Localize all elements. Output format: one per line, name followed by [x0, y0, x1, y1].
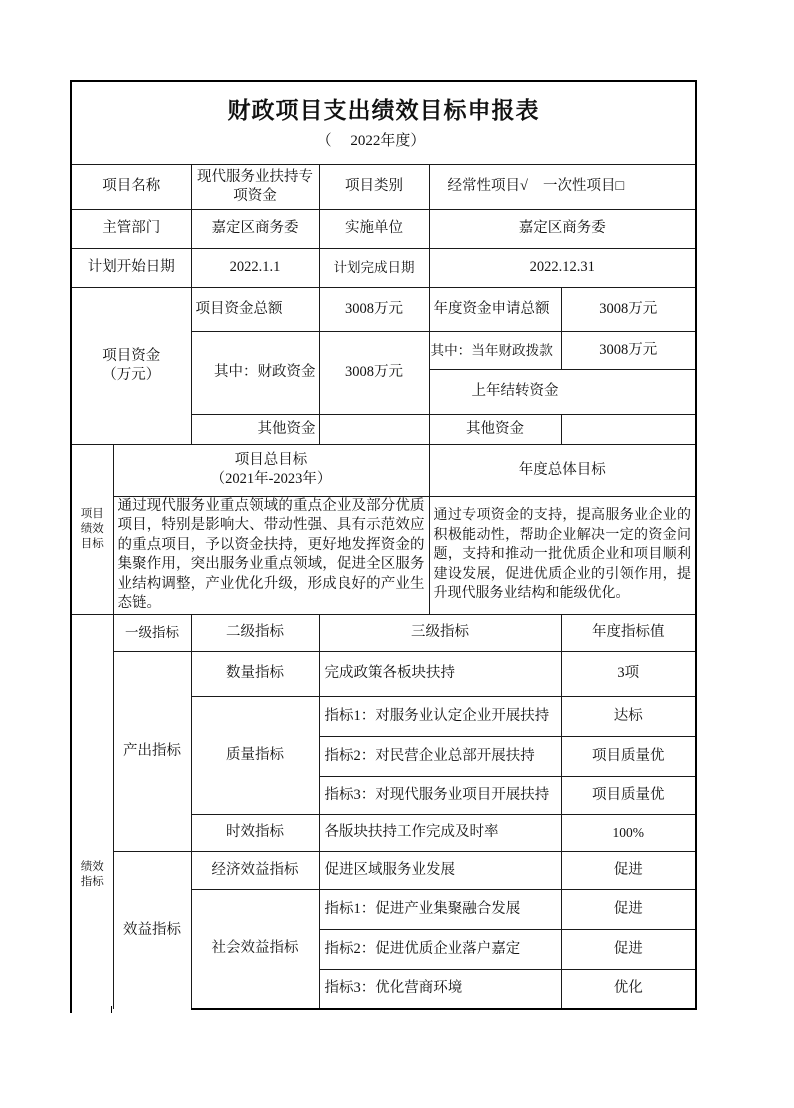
annual-goal-header: 年度总体目标 — [429, 444, 696, 496]
funds-other-right-value — [561, 414, 696, 444]
regular-project-option: 经常性项目√ — [448, 178, 528, 194]
document-page: 财政项目支出绩效目标申报表 （ 2022年度） 项目名称 现代服务业扶持专项资金… — [0, 0, 794, 1108]
indicator-row-value: 达标 — [561, 696, 696, 736]
dept-value: 嘉定区商务委 — [191, 209, 319, 248]
indicator-row-value: 100% — [561, 814, 696, 851]
impl-unit-value: 嘉定区商务委 — [429, 209, 696, 248]
overall-goal-text: 通过现代服务业重点领域的重点企业及部分优质项目，特别是影响大、带动性强、具有示范… — [113, 496, 429, 614]
funds-current-allocation-label: 其中：当年财政拨款 — [429, 331, 561, 369]
form-title-block: 财政项目支出绩效目标申报表 （ 2022年度） — [71, 81, 696, 164]
sub-quantity-label: 数量指标 — [191, 651, 319, 696]
indicator-row-value: 3项 — [561, 651, 696, 696]
sub-timeliness-label: 时效指标 — [191, 814, 319, 851]
sub-social-label: 社会效益指标 — [191, 889, 319, 1009]
page-break-line-stub — [111, 1006, 112, 1013]
indicators-section-label: 绩效指标 — [71, 614, 113, 1009]
impl-unit-label: 实施单位 — [319, 209, 429, 248]
goals-section-label: 项目绩效目标 — [71, 444, 113, 614]
indicator-header-value: 年度指标值 — [561, 614, 696, 651]
indicator-row-l3: 各版块扶持工作完成及时率 — [319, 814, 561, 851]
group-benefit-label: 效益指标 — [113, 851, 191, 1009]
indicator-header-l1: 一级指标 — [113, 614, 191, 651]
funds-current-allocation-value: 3008万元 — [561, 331, 696, 369]
indicator-row-l3: 促进区域服务业发展 — [319, 851, 561, 889]
project-name-value: 现代服务业扶持专项资金 — [191, 164, 319, 209]
funds-section-label: 项目资金（万元） — [71, 287, 191, 444]
project-type-value: 经常性项目√一次性项目□ — [429, 164, 696, 209]
indicator-header-l3: 三级指标 — [319, 614, 561, 651]
indicator-row-value: 项目质量优 — [561, 736, 696, 776]
funds-annual-request-label: 年度资金申请总额 — [429, 287, 561, 331]
funds-total-label: 项目资金总额 — [191, 287, 319, 331]
indicator-row-l3: 完成政策各板块扶持 — [319, 651, 561, 696]
sub-quality-label: 质量指标 — [191, 696, 319, 814]
funds-other-left-label: 其他资金 — [191, 414, 319, 444]
form-title: 财政项目支出绩效目标申报表 — [74, 95, 693, 125]
annual-goal-text: 通过专项资金的支持，提高服务业企业的积极能动性，帮助企业解决一定的资金问题，支持… — [429, 496, 696, 614]
performance-target-form: 财政项目支出绩效目标申报表 （ 2022年度） 项目名称 现代服务业扶持专项资金… — [70, 80, 697, 1010]
indicator-row-value: 促进 — [561, 851, 696, 889]
funds-annual-request-value: 3008万元 — [561, 287, 696, 331]
indicator-row-l3: 指标1：促进产业集聚融合发展 — [319, 889, 561, 929]
funds-fiscal-label: 其中：财政资金 — [191, 331, 319, 414]
indicator-header-l2: 二级指标 — [191, 614, 319, 651]
indicator-row-value: 促进 — [561, 889, 696, 929]
sub-economic-label: 经济效益指标 — [191, 851, 319, 889]
indicator-row-value: 促进 — [561, 929, 696, 969]
start-date-value: 2022.1.1 — [191, 248, 319, 287]
form-year: （ 2022年度） — [74, 132, 668, 150]
funds-total-value: 3008万元 — [319, 287, 429, 331]
indicator-row-l3: 指标1：对服务业认定企业开展扶持 — [319, 696, 561, 736]
dept-label: 主管部门 — [71, 209, 191, 248]
project-name-label: 项目名称 — [71, 164, 191, 209]
indicator-row-l3: 指标2：促进优质企业落户嘉定 — [319, 929, 561, 969]
page-break-line-stub — [70, 1006, 72, 1013]
overall-goal-header: 项目总目标 （2021年-2023年） — [113, 444, 429, 496]
start-date-label: 计划开始日期 — [71, 248, 191, 287]
group-output-label: 产出指标 — [113, 651, 191, 851]
funds-other-left-value — [319, 414, 429, 444]
funds-fiscal-value: 3008万元 — [319, 331, 429, 414]
indicator-row-l3: 指标2：对民营企业总部开展扶持 — [319, 736, 561, 776]
end-date-label: 计划完成日期 — [319, 248, 429, 287]
end-date-value: 2022.12.31 — [429, 248, 696, 287]
project-type-label: 项目类别 — [319, 164, 429, 209]
indicator-row-value: 项目质量优 — [561, 776, 696, 814]
onetime-project-option: 一次性项目□ — [543, 178, 624, 194]
indicator-row-value: 优化 — [561, 969, 696, 1009]
funds-other-right-label: 其他资金 — [429, 414, 561, 444]
indicator-row-l3: 指标3：对现代服务业项目开展扶持 — [319, 776, 561, 814]
indicator-row-l3: 指标3：优化营商环境 — [319, 969, 561, 1009]
funds-carryover-label: 上年结转资金 — [429, 369, 696, 414]
